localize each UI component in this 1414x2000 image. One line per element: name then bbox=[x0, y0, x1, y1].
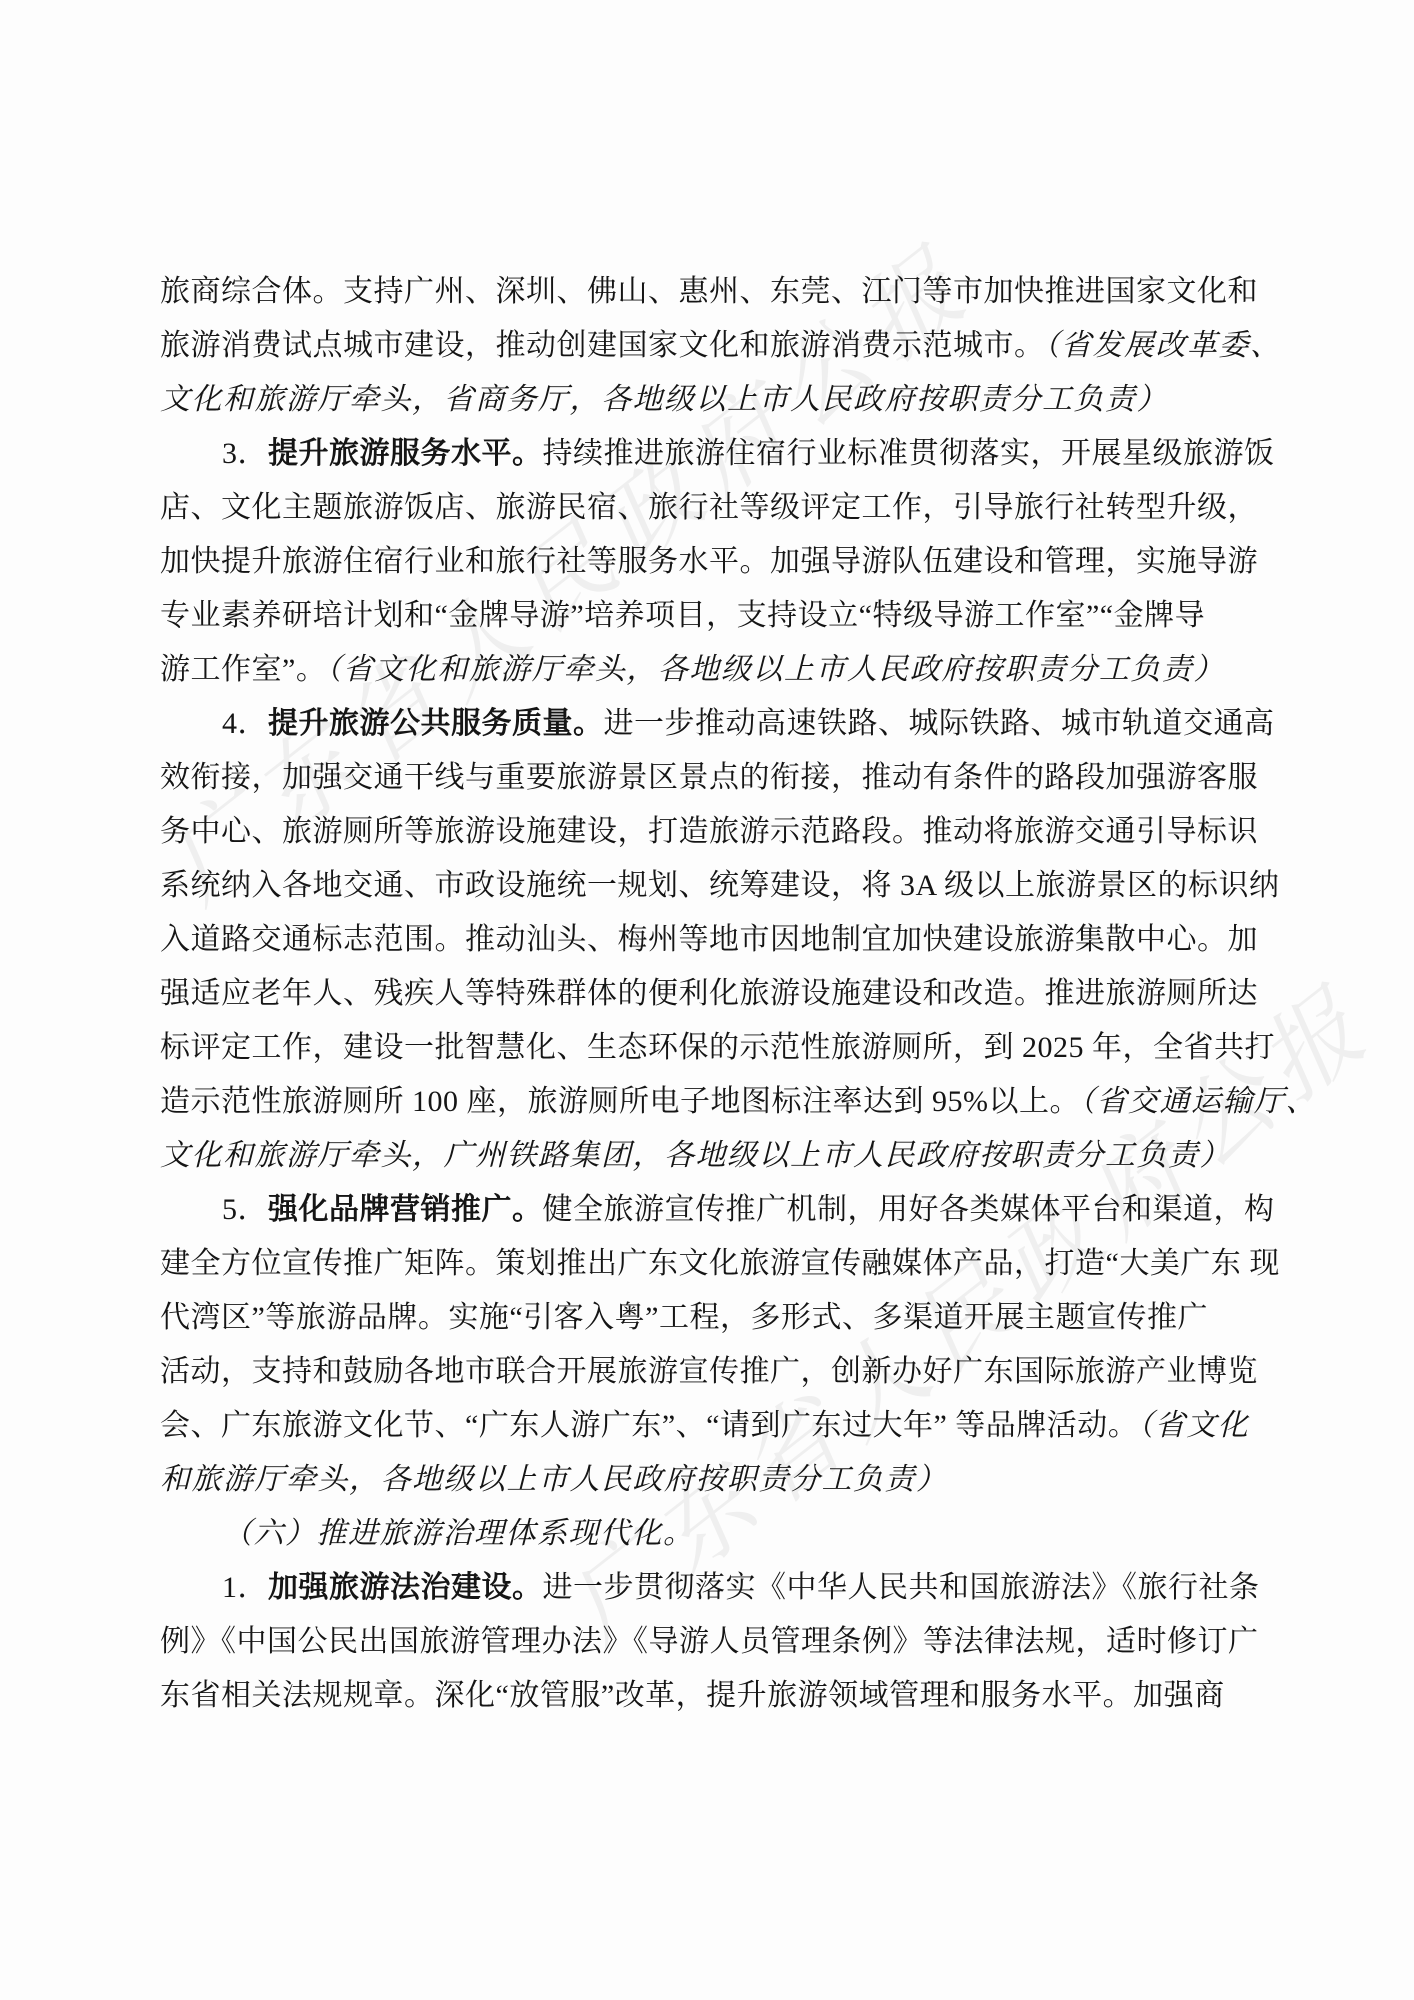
text-segment-song: 标评定工作，建设一批智慧化、生态环保的示范性旅游厕所，到 2025 年，全省共打 bbox=[160, 1031, 1275, 1064]
text-line-8: 游工作室”。（省文化和旅游厅牵头，各地级以上市人民政府按职责分工负责） bbox=[160, 643, 1270, 697]
text-segment-song: 东省相关法规规章。深化“放管服”改革，提升旅游领域管理和服务水平。加强商 bbox=[160, 1679, 1225, 1712]
text-segment-song: 入道路交通标志范围。推动汕头、梅州等地市因地制宜加快建设旅游集散中心。加 bbox=[160, 923, 1258, 956]
text-segment-song: 加快提升旅游住宿行业和旅行社等服务水平。加强导游队伍建设和管理，实施导游 bbox=[160, 545, 1258, 578]
text-segment-hei: 加强旅游法治建设。 bbox=[268, 1571, 543, 1604]
text-segment-song: 例》《中国公民出国旅游管理办法》《导游人员管理条例》等法律法规，适时修订广 bbox=[160, 1625, 1259, 1658]
text-line-11: 务中心、旅游厕所等旅游设施建设，打造旅游示范路段。推动将旅游交通引导标识 bbox=[160, 805, 1270, 859]
text-line-21: 活动，支持和鼓励各地市联合开展旅游宣传推广，创新办好广东国际旅游产业博览 bbox=[160, 1345, 1270, 1399]
text-segment-kai: （省交通运输厅、 bbox=[1080, 1085, 1317, 1118]
text-segment-song: 进一步贯彻落实《中华人民共和国旅游法》《旅行社条 bbox=[543, 1571, 1260, 1604]
text-line-5: 店、文化主题旅游饭店、旅游民宿、旅行社等级评定工作，引导旅行社转型升级， bbox=[160, 481, 1270, 535]
text-segment-song: 强适应老年人、残疾人等特殊群体的便利化旅游设施建设和改造。推进旅游厕所达 bbox=[160, 977, 1258, 1010]
text-segment-kai: （六）推进旅游治理体系现代化。 bbox=[222, 1517, 695, 1550]
text-segment-song: 游工作室”。 bbox=[160, 653, 326, 686]
text-segment-song: 4． bbox=[222, 707, 268, 740]
text-line-26: 例》《中国公民出国旅游管理办法》《导游人员管理条例》等法律法规，适时修订广 bbox=[160, 1615, 1270, 1669]
text-line-15: 标评定工作，建设一批智慧化、生态环保的示范性旅游厕所，到 2025 年，全省共打 bbox=[160, 1021, 1270, 1075]
text-line-23: 和旅游厅牵头，各地级以上市人民政府按职责分工负责） bbox=[160, 1453, 1270, 1507]
text-segment-song: 进一步推动高速铁路、城际铁路、城市轨道交通高 bbox=[604, 707, 1275, 740]
text-line-19: 建全方位宣传推广矩阵。策划推出广东文化旅游宣传融媒体产品，打造“大美广东 现 bbox=[160, 1237, 1270, 1291]
text-line-14: 强适应老年人、残疾人等特殊群体的便利化旅游设施建设和改造。推进旅游厕所达 bbox=[160, 967, 1270, 1021]
text-segment-song: 5． bbox=[222, 1193, 268, 1226]
text-line-20: 代湾区”等旅游品牌。实施“引客入粤”工程，多形式、多渠道开展主题宣传推广 bbox=[160, 1291, 1270, 1345]
text-line-13: 入道路交通标志范围。推动汕头、梅州等地市因地制宜加快建设旅游集散中心。加 bbox=[160, 913, 1270, 967]
text-line-10: 效衔接，加强交通干线与重要旅游景区景点的衔接，推动有条件的路段加强游客服 bbox=[160, 751, 1270, 805]
text-segment-song: 旅游消费试点城市建设，推动创建国家文化和旅游消费示范城市。 bbox=[160, 329, 1045, 362]
text-line-3: 文化和旅游厅牵头，省商务厅，各地级以上市人民政府按职责分工负责） bbox=[160, 373, 1270, 427]
text-line-25: 1．加强旅游法治建设。进一步贯彻落实《中华人民共和国旅游法》《旅行社条 bbox=[160, 1561, 1270, 1615]
text-segment-song: 系统纳入各地交通、市政设施统一规划、统筹建设，将 3A 级以上旅游景区的标识纳 bbox=[160, 869, 1280, 902]
text-segment-kai: 文化和旅游厅牵头，广州铁路集团，各地级以上市人民政府按职责分工负责） bbox=[160, 1139, 1231, 1172]
text-line-7: 专业素养研培计划和“金牌导游”培养项目，支持设立“特级导游工作室”“金牌导 bbox=[160, 589, 1270, 643]
text-line-12: 系统纳入各地交通、市政设施统一规划、统筹建设，将 3A 级以上旅游景区的标识纳 bbox=[160, 859, 1270, 913]
text-line-18: 5．强化品牌营销推广。健全旅游宣传推广机制，用好各类媒体平台和渠道，构 bbox=[160, 1183, 1270, 1237]
text-line-24: （六）推进旅游治理体系现代化。 bbox=[160, 1507, 1270, 1561]
text-segment-song: 效衔接，加强交通干线与重要旅游景区景点的衔接，推动有条件的路段加强游客服 bbox=[160, 761, 1258, 794]
text-segment-song: 会、广东旅游文化节、“广东人游广东”、“请到广东过大年” 等品牌活动。 bbox=[160, 1409, 1138, 1442]
text-segment-song: 3． bbox=[222, 437, 268, 470]
text-segment-song: 1． bbox=[222, 1571, 268, 1604]
text-line-2: 旅游消费试点城市建设，推动创建国家文化和旅游消费示范城市。（省发展改革委、 bbox=[160, 319, 1270, 373]
text-line-1: 旅商综合体。支持广州、深圳、佛山、惠州、东莞、江门等市加快推进国家文化和 bbox=[160, 265, 1270, 319]
text-segment-kai: （省发展改革委、 bbox=[1045, 329, 1282, 362]
text-segment-song: 造示范性旅游厕所 100 座，旅游厕所电子地图标注率达到 95%以上。 bbox=[160, 1085, 1080, 1118]
text-segment-song: 店、文化主题旅游饭店、旅游民宿、旅行社等级评定工作，引导旅行社转型升级， bbox=[160, 491, 1258, 524]
document-body: 旅商综合体。支持广州、深圳、佛山、惠州、东莞、江门等市加快推进国家文化和旅游消费… bbox=[160, 265, 1270, 1723]
text-segment-hei: 强化品牌营销推广。 bbox=[268, 1193, 543, 1226]
text-segment-song: 旅商综合体。支持广州、深圳、佛山、惠州、东莞、江门等市加快推进国家文化和 bbox=[160, 275, 1258, 308]
text-segment-song: 建全方位宣传推广矩阵。策划推出广东文化旅游宣传融媒体产品，打造“大美广东 现 bbox=[160, 1247, 1280, 1280]
text-line-22: 会、广东旅游文化节、“广东人游广东”、“请到广东过大年” 等品牌活动。（省文化 bbox=[160, 1399, 1270, 1453]
text-segment-kai: （省文化和旅游厅牵头，各地级以上市人民政府按职责分工负责） bbox=[326, 653, 1225, 686]
text-segment-song: 活动，支持和鼓励各地市联合开展旅游宣传推广，创新办好广东国际旅游产业博览 bbox=[160, 1355, 1258, 1388]
text-segment-song: 代湾区”等旅游品牌。实施“引客入粤”工程，多形式、多渠道开展主题宣传推广 bbox=[160, 1301, 1208, 1334]
text-segment-kai: 和旅游厅牵头，各地级以上市人民政府按职责分工负责） bbox=[160, 1463, 948, 1496]
text-line-6: 加快提升旅游住宿行业和旅行社等服务水平。加强导游队伍建设和管理，实施导游 bbox=[160, 535, 1270, 589]
text-segment-song: 健全旅游宣传推广机制，用好各类媒体平台和渠道，构 bbox=[543, 1193, 1275, 1226]
text-segment-song: 务中心、旅游厕所等旅游设施建设，打造旅游示范路段。推动将旅游交通引导标识 bbox=[160, 815, 1258, 848]
text-line-9: 4．提升旅游公共服务质量。进一步推动高速铁路、城际铁路、城市轨道交通高 bbox=[160, 697, 1270, 751]
text-line-4: 3．提升旅游服务水平。持续推进旅游住宿行业标准贯彻落实，开展星级旅游饭 bbox=[160, 427, 1270, 481]
text-segment-hei: 提升旅游公共服务质量。 bbox=[268, 707, 604, 740]
text-line-16: 造示范性旅游厕所 100 座，旅游厕所电子地图标注率达到 95%以上。（省交通运… bbox=[160, 1075, 1270, 1129]
text-segment-song: 持续推进旅游住宿行业标准贯彻落实，开展星级旅游饭 bbox=[543, 437, 1275, 470]
text-segment-kai: 文化和旅游厅牵头，省商务厅，各地级以上市人民政府按职责分工负责） bbox=[160, 383, 1168, 416]
text-segment-song: 专业素养研培计划和“金牌导游”培养项目，支持设立“特级导游工作室”“金牌导 bbox=[160, 599, 1205, 632]
document-page: 广东省人民政府公报广东省人民政府公报 旅商综合体。支持广州、深圳、佛山、惠州、东… bbox=[0, 0, 1414, 2000]
text-segment-kai: （省文化 bbox=[1138, 1409, 1249, 1442]
text-segment-hei: 提升旅游服务水平。 bbox=[268, 437, 543, 470]
text-line-17: 文化和旅游厅牵头，广州铁路集团，各地级以上市人民政府按职责分工负责） bbox=[160, 1129, 1270, 1183]
text-line-27: 东省相关法规规章。深化“放管服”改革，提升旅游领域管理和服务水平。加强商 bbox=[160, 1669, 1270, 1723]
